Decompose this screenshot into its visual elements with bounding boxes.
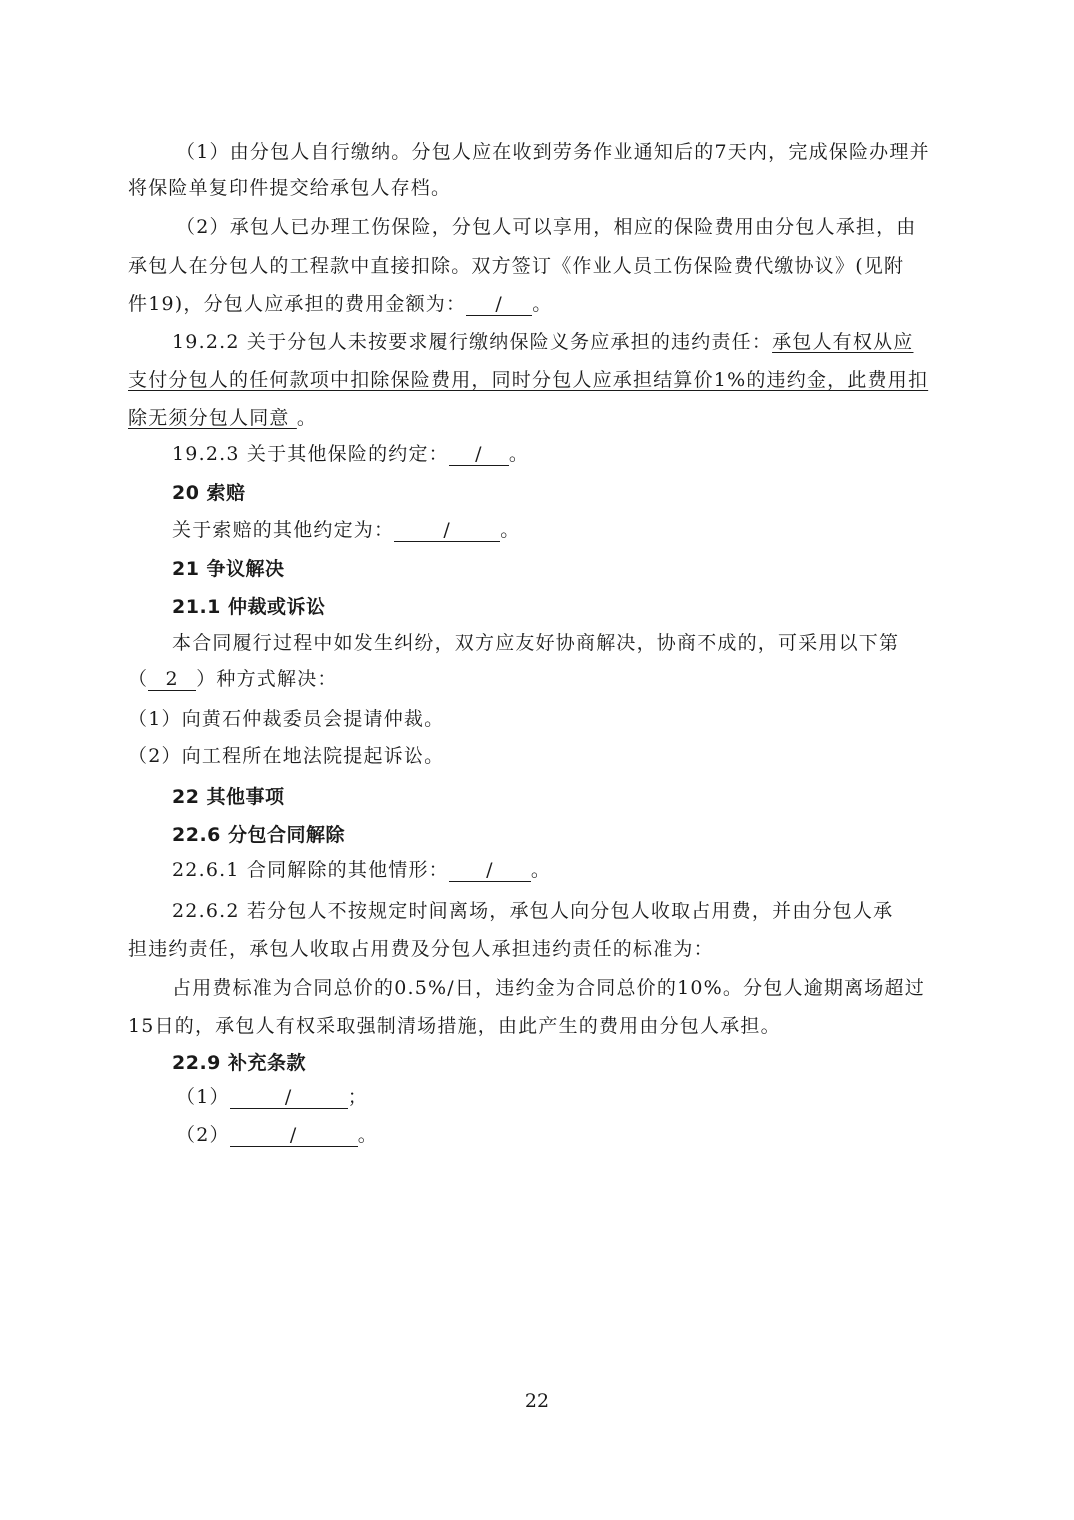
text: ；: [348, 1086, 368, 1108]
paragraph-line: 承包人在分包人的工程款中直接扣除。双方签订《作业人员工伤保险费代缴协议》(见附: [128, 253, 904, 279]
clause-22-6-1: 22.6.1 合同解除的其他情形：/。: [172, 857, 551, 883]
list-item: （1）向黄石仲裁委员会提请仲裁。: [128, 706, 444, 732]
text: 。: [358, 1124, 378, 1146]
text: ）种方式解决：: [196, 668, 337, 690]
supplement-item-2: （2）/。: [176, 1122, 378, 1148]
paragraph-line: （2）种方式解决：: [128, 666, 338, 692]
clause-22-6-2: 22.6.2 若分包人不按规定时间离场，承包人向分包人收取占用费，并由分包人承: [172, 898, 893, 924]
clause-19-2-2: 19.2.2 关于分包人未按要求履行缴纳保险义务应承担的违约责任：承包人有权从应: [172, 329, 913, 355]
subsection-heading-22-9: 22.9 补充条款: [172, 1050, 306, 1076]
section-heading-20: 20 索赔: [172, 480, 246, 506]
clause-19-2-3: 19.2.3 关于其他保险的约定：/。: [172, 441, 529, 467]
paragraph-line: 占用费标准为合同总价的0.5%/日，违约金为合同总价的10%。分包人逾期离场超过: [172, 975, 925, 1001]
page-number: 22: [0, 1390, 1074, 1412]
text: 。: [531, 859, 551, 881]
section-heading-21: 21 争议解决: [172, 556, 285, 582]
paragraph-line: 件19)，分包人应承担的费用金额为：/。: [128, 291, 552, 317]
paragraph-line: （2）承包人已办理工伤保险，分包人可以享用，相应的保险费用由分包人承担，由: [176, 214, 917, 240]
paragraph-line: 15日的，承包人有权采取强制清场措施，由此产生的费用由分包人承担。: [128, 1013, 781, 1039]
subsection-heading-22-6: 22.6 分包合同解除: [172, 822, 345, 848]
text: （1）: [176, 1086, 230, 1108]
underlined-text: 除无须分包人同意: [128, 407, 297, 429]
subsection-heading-21-1: 21.1 仲裁或诉讼: [172, 594, 326, 620]
underlined-line: 支付分包人的任何款项中扣除保险费用，同时分包人应承担结算价1%的违约金，此费用扣: [128, 367, 928, 393]
underlined-text: 承包人有权从应: [772, 331, 913, 353]
text: 19.2.3 关于其他保险的约定：: [172, 443, 449, 465]
paragraph-line: 除无须分包人同意 。: [128, 405, 317, 431]
paragraph-line: 将保险单复印件提交给承包人存档。: [128, 175, 451, 201]
supplement-item-1: （1）/；: [176, 1084, 368, 1110]
document-page: （1）由分包人自行缴纳。分包人应在收到劳务作业通知后的7天内，完成保险办理并 将…: [0, 0, 1074, 1520]
text: 19.2.2 关于分包人未按要求履行缴纳保险义务应承担的违约责任：: [172, 331, 772, 353]
text: 。: [509, 443, 529, 465]
paragraph-line: 担违约责任，承包人收取占用费及分包人承担违约责任的标准为：: [128, 936, 714, 962]
text: 。: [297, 407, 317, 429]
section-heading-22: 22 其他事项: [172, 784, 285, 810]
text: 件19)，分包人应承担的费用金额为：: [128, 293, 466, 315]
text: （: [128, 668, 148, 690]
paragraph-line: 关于索赔的其他约定为：/。: [172, 517, 520, 543]
list-item: （2）向工程所在地法院提起诉讼。: [128, 743, 444, 769]
paragraph-line: 本合同履行过程中如发生纠纷，双方应友好协商解决，协商不成的，可采用以下第: [172, 630, 899, 656]
fill-blank: /: [230, 1124, 358, 1147]
text: （2）: [176, 1124, 230, 1146]
fill-blank: /: [449, 859, 531, 882]
fill-blank: /: [230, 1086, 348, 1109]
fill-blank: /: [394, 519, 500, 542]
fill-blank: /: [449, 443, 509, 466]
text: 。: [532, 293, 552, 315]
paragraph-line: （1）由分包人自行缴纳。分包人应在收到劳务作业通知后的7天内，完成保险办理并: [176, 139, 930, 165]
text: 。: [500, 519, 520, 541]
fill-blank: 2: [148, 668, 196, 691]
text: 22.6.1 合同解除的其他情形：: [172, 859, 449, 881]
fill-blank: /: [466, 293, 532, 316]
text: 关于索赔的其他约定为：: [172, 519, 394, 541]
